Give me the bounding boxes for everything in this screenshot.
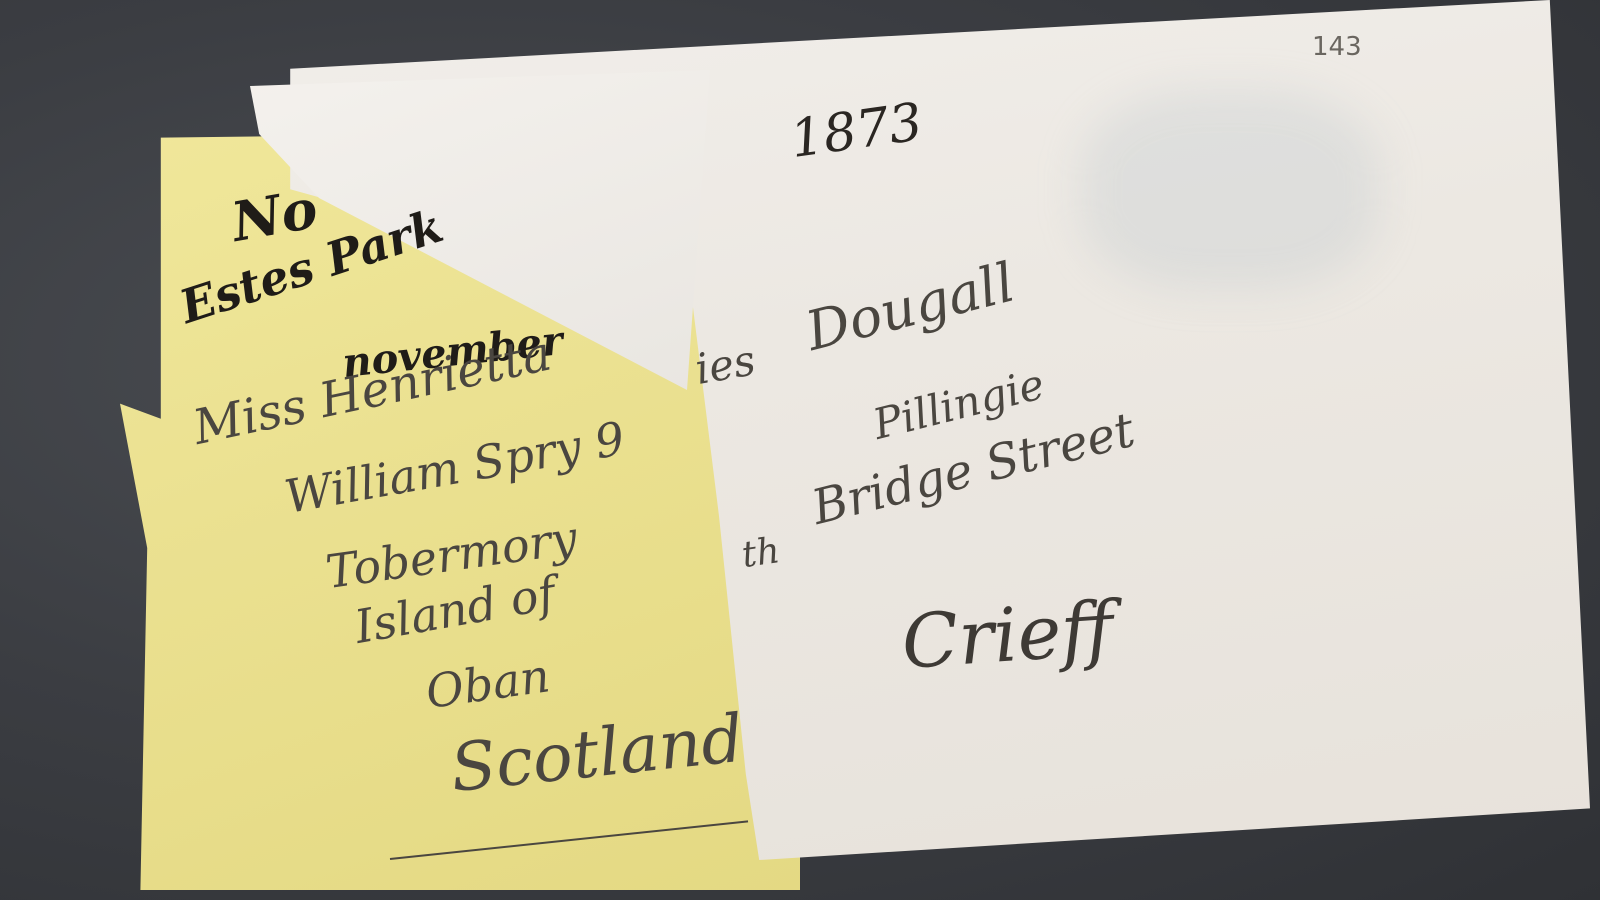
address-crieff: Crieff [899, 585, 1116, 686]
overlap-suffix-1: ies [691, 335, 758, 394]
photo-scene: 143 1873 No Estes Park november Miss Hen… [0, 0, 1600, 900]
envelope-window-shadow [1080, 90, 1380, 290]
pencil-number: 143 [1312, 32, 1362, 62]
overlap-suffix-4: th [739, 530, 782, 576]
